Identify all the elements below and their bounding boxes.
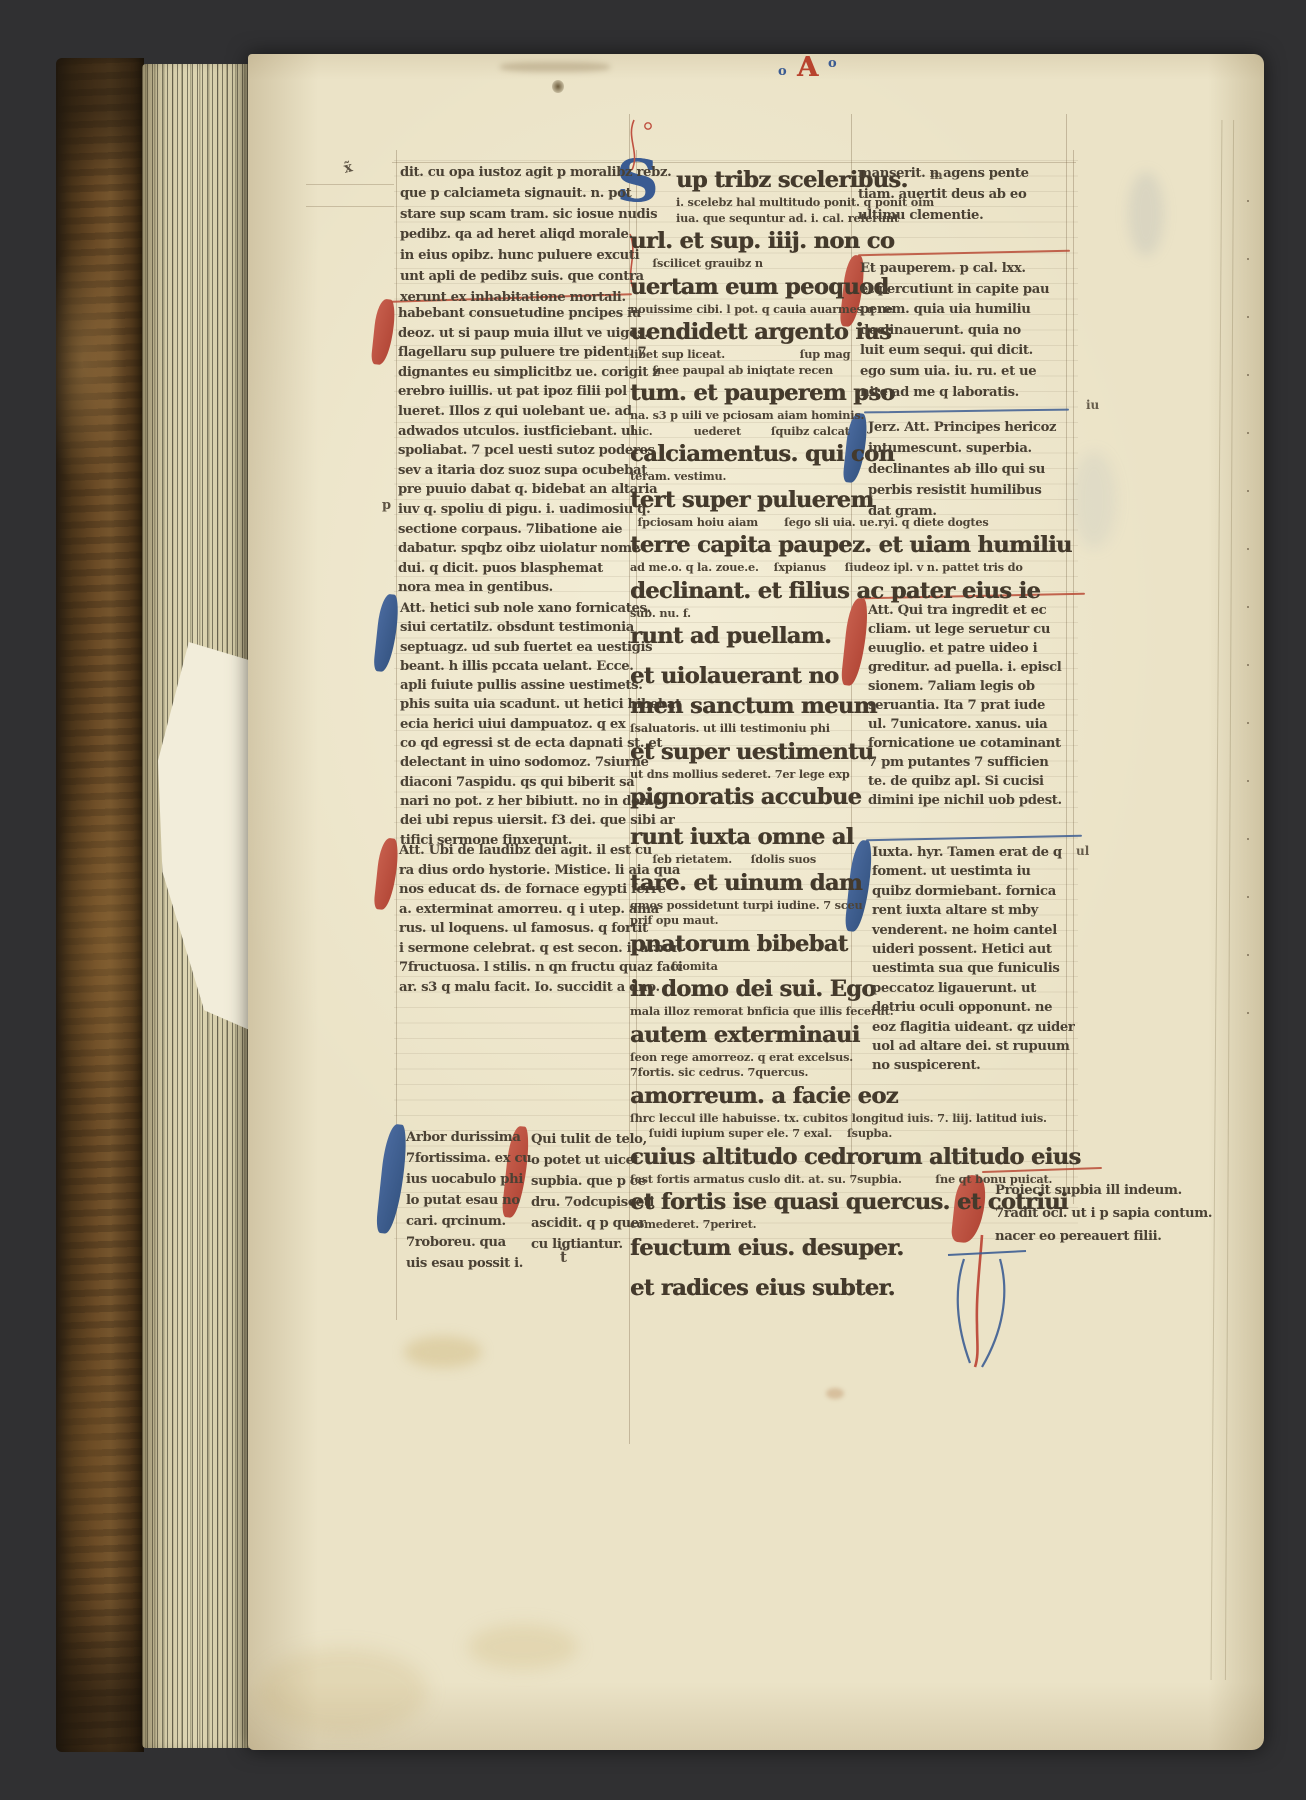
quire-signature-letter: A	[797, 52, 818, 83]
ruling-line	[306, 206, 394, 207]
right-gloss-paragraph: manserit. n agens pente tiam. auertit de…	[858, 163, 1029, 226]
left-gloss-paragraph: habebant consuetudine pncipes iu deoz. u…	[398, 304, 659, 598]
right-gloss-paragraph: Et pauperem. p cal. lxx. et percutiunt i…	[860, 259, 1049, 403]
manuscript-photo: A o o x̃ p m iu ul ẗ S dit. cu opa iust…	[0, 0, 1306, 1800]
lemma-line: ſhrc leccul ille habuisse. tx. cubitos l…	[630, 1111, 1082, 1127]
quire-ornament-dot: o	[828, 56, 837, 71]
right-gloss-paragraph: Proiecit supbia ill indeum. 7radit ocl. …	[995, 1179, 1212, 1248]
margin-p-mark: p	[382, 498, 391, 513]
lemma-line: ſuidi iupium super ele. 7 exal. ſsupba.	[630, 1126, 1082, 1142]
right-gloss-paragraph: Att. Qui tra ingredit et ec cliam. ut le…	[868, 601, 1062, 810]
lemma-line: ad me.o. q la. zoue.e. ſxpianus ſiudeoz …	[630, 560, 1082, 576]
lemma-line: amorreum. a facie eoz	[630, 1081, 1082, 1111]
book-spine-leather	[56, 58, 144, 1752]
pricking-holes	[1247, 200, 1249, 1040]
margin-iu-mark: iu	[1086, 398, 1099, 412]
right-gloss-paragraph: Jerz. Att. Principes hericoz intumescunt…	[868, 417, 1056, 522]
lemma-line	[630, 1263, 1082, 1273]
right-gloss-paragraph: Iuxta. hyr. Tamen erat de q foment. ut u…	[872, 843, 1075, 1076]
lemma-line: et radices eius subter.	[630, 1273, 1082, 1303]
lemma-line	[630, 812, 1082, 822]
left-gloss-paragraph: Arbor durissima 7fortissima. ex cu ius u…	[406, 1127, 531, 1274]
ruling-line	[306, 184, 394, 185]
lemma-line: cuius altitudo cedrorum altitudo eius	[630, 1142, 1082, 1172]
lemma-line: url. et sup. iiij. non co	[630, 226, 1082, 256]
lemma-line: terre capita paupez. et uiam humiliu	[630, 530, 1082, 560]
quire-ornament-dot: o	[778, 64, 787, 79]
